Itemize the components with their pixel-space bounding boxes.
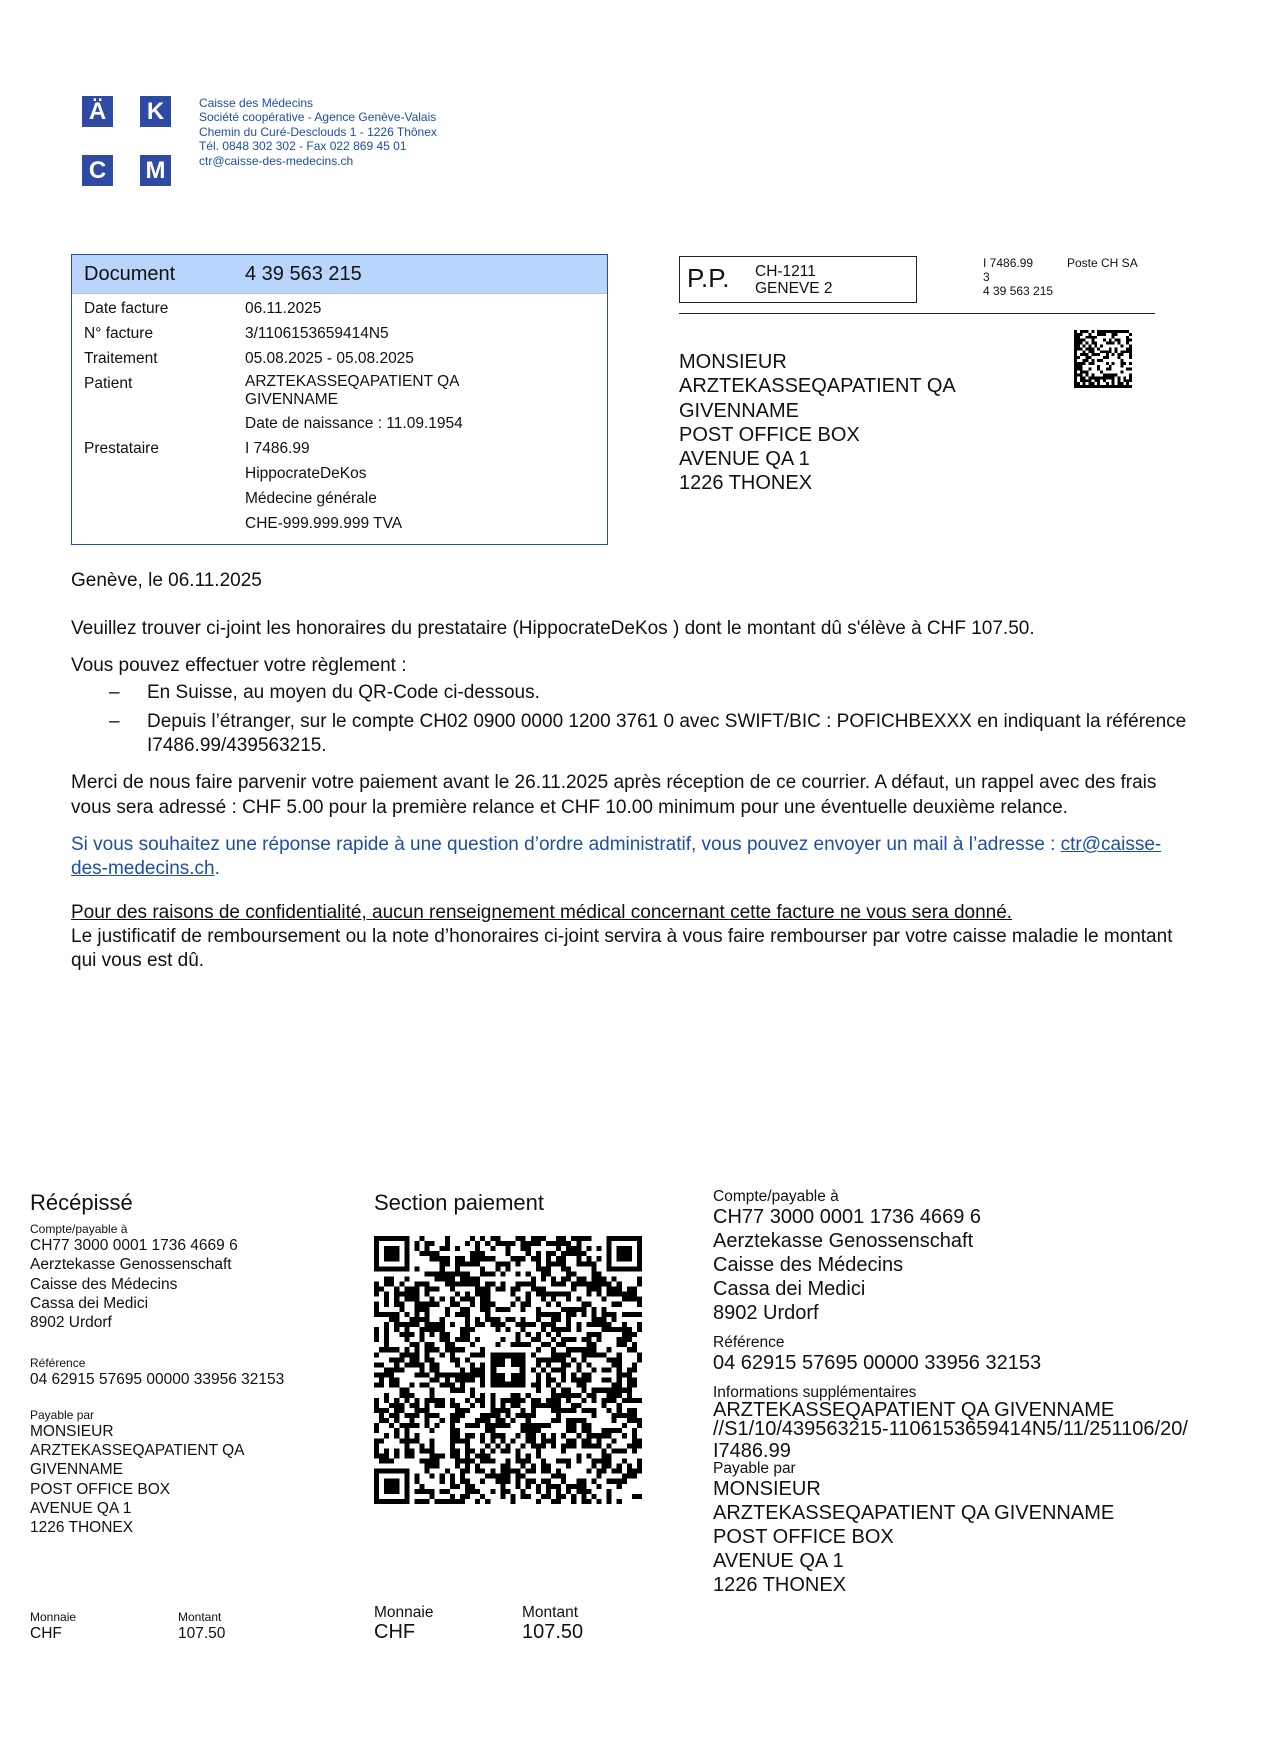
receipt-amount: Monnaie CHF Montant 107.50 (30, 1610, 225, 1643)
confidentiality-notice: Pour des raisons de confidentialité, auc… (71, 902, 1012, 923)
logo-tile: Ä (82, 96, 113, 127)
sender-email[interactable]: ctr@caisse-des-medecins.ch (199, 154, 437, 168)
payment-section: Section paiement (374, 1190, 674, 1216)
payment-debtor-line: AVENUE QA 1 (713, 1549, 1233, 1573)
field-value: 05.08.2025 - 05.08.2025 (245, 348, 607, 369)
row-date-facture: Date facture 06.11.2025 (72, 298, 607, 319)
payment-reference-label: Référence (713, 1335, 1233, 1351)
field-label: Date facture (72, 298, 245, 319)
franking-ref-line: 3 (983, 270, 1053, 284)
pp-city: CH-1211 GENEVE 2 (755, 263, 833, 297)
payment-creditor-line: 8902 Urdorf (713, 1301, 1233, 1325)
letter-body: Veuillez trouver ci-joint les honoraires… (71, 617, 1191, 986)
document-label: Document (72, 263, 245, 286)
recipient-line: AVENUE QA 1 (679, 447, 956, 471)
payment-reference: 04 62915 57695 00000 33956 32153 (713, 1351, 1233, 1375)
contact-paragraph: Si vous souhaitez une réponse rapide à u… (71, 833, 1191, 881)
dash-bullet-icon: – (109, 681, 120, 705)
franking-ref-line: I 7486.99 (983, 256, 1053, 270)
receipt-title: Récépissé (30, 1190, 350, 1216)
payment-title: Section paiement (374, 1190, 674, 1216)
document-header: Document 4 39 563 215 (72, 255, 607, 294)
receipt-payable-by-label: Payable par (30, 1408, 350, 1422)
patient-givenname: GIVENNAME (245, 391, 607, 409)
provider-specialty: Médecine générale (245, 488, 607, 509)
additional-info-line: //S1/10/439563215-1106153659414N5/11/251… (713, 1420, 1233, 1439)
recipient-line: POST OFFICE BOX (679, 423, 956, 447)
payment-amount-value: 107.50 (522, 1621, 583, 1643)
document-number: 4 39 563 215 (245, 263, 362, 286)
provider-name: HippocrateDeKos (245, 463, 607, 484)
sender-line: Caisse des Médecins (199, 96, 437, 110)
payment-intro: Vous pouvez effectuer votre règlement : (71, 654, 1191, 678)
field-value: ARZTEKASSEQAPATIENT QA GIVENNAME Date de… (245, 373, 607, 434)
receipt-creditor-line: Cassa dei Medici (30, 1294, 350, 1313)
document-info-box: Document 4 39 563 215 Date facture 06.11… (71, 254, 608, 545)
receipt-section: Récépissé Compte/payable à CH77 3000 000… (30, 1190, 350, 1538)
receipt-creditor-line: Aerztekasse Genossenschaft (30, 1255, 350, 1274)
receipt-debtor-line: GIVENNAME (30, 1460, 350, 1479)
payment-debtor-line: MONSIEUR (713, 1477, 1233, 1501)
receipt-debtor-line: AVENUE QA 1 (30, 1499, 350, 1518)
receipt-amount-value: 107.50 (178, 1624, 225, 1643)
payment-debtor-line: ARZTEKASSEQAPATIENT QA GIVENNAME (713, 1501, 1233, 1525)
sender-address: Caisse des Médecins Société coopérative … (199, 96, 437, 168)
pp-label: P.P. (687, 263, 729, 294)
receipt-creditor-line: Caisse des Médecins (30, 1275, 350, 1294)
reimbursement-paragraph: Le justificatif de remboursement ou la n… (71, 925, 1191, 973)
receipt-currency-label: Monnaie (30, 1610, 178, 1624)
additional-info-line: ARZTEKASSEQAPATIENT QA GIVENNAME (713, 1401, 1233, 1420)
pp-city-code: CH-1211 (755, 263, 833, 280)
recipient-line: 1226 THONEX (679, 471, 956, 495)
payment-option-text: Depuis l’étranger, sur le compte CH02 09… (147, 711, 1186, 756)
place-date: Genève, le 06.11.2025 (71, 570, 262, 592)
franking-divider (679, 313, 1155, 314)
payment-amount-label: Montant (522, 1604, 583, 1621)
row-patient: Patient ARZTEKASSEQAPATIENT QA GIVENNAME… (72, 373, 607, 434)
field-label: Patient (72, 373, 245, 434)
franking-reference: I 7486.99 3 4 39 563 215 (983, 256, 1053, 298)
sender-line: Chemin du Curé-Desclouds 1 - 1226 Thônex (199, 125, 437, 139)
intro-paragraph: Veuillez trouver ci-joint les honoraires… (71, 617, 1191, 641)
deadline-paragraph: Merci de nous faire parvenir votre paiem… (71, 770, 1191, 820)
receipt-debtor-line: 1226 THONEX (30, 1518, 350, 1537)
payment-creditor-line: Aerztekasse Genossenschaft (713, 1229, 1233, 1253)
payment-currency-label: Monnaie (374, 1604, 522, 1621)
payment-iban: CH77 3000 0001 1736 4669 6 (713, 1205, 1233, 1229)
row-no-facture: N° facture 3/1106153659414N5 (72, 323, 607, 344)
dash-bullet-icon: – (109, 710, 120, 734)
receipt-iban: CH77 3000 0001 1736 4669 6 (30, 1236, 350, 1255)
logo-tile: M (140, 155, 171, 186)
swiss-qr-code-icon (374, 1236, 642, 1504)
pp-city-name: GENEVE 2 (755, 280, 833, 297)
recipient-line: ARZTEKASSEQAPATIENT QA (679, 374, 956, 398)
field-value: 06.11.2025 (245, 298, 607, 319)
logo-tile: C (82, 155, 113, 186)
receipt-debtor-line: POST OFFICE BOX (30, 1480, 350, 1499)
field-label: N° facture (72, 323, 245, 344)
patient-name: ARZTEKASSEQAPATIENT QA (245, 373, 607, 391)
datamatrix-barcode-icon (1073, 330, 1133, 388)
payment-creditor-line: Cassa dei Medici (713, 1277, 1233, 1301)
receipt-creditor-line: 8902 Urdorf (30, 1313, 350, 1332)
provider-id: I 7486.99 (245, 438, 607, 459)
payment-option: – En Suisse, au moyen du QR-Code ci-dess… (71, 681, 1191, 705)
pp-franking-box: P.P. CH-1211 GENEVE 2 (679, 256, 917, 303)
franking-ref-line: 4 39 563 215 (983, 284, 1053, 298)
receipt-debtor-line: ARZTEKASSEQAPATIENT QA (30, 1441, 350, 1460)
payment-amount: Monnaie CHF Montant 107.50 (374, 1604, 583, 1643)
contact-text: Si vous souhaitez une réponse rapide à u… (71, 834, 1055, 855)
receipt-reference-label: Référence (30, 1356, 350, 1370)
payment-account-label: Compte/payable à (713, 1189, 1233, 1205)
payment-debtor-line: POST OFFICE BOX (713, 1525, 1233, 1549)
payment-currency: CHF (374, 1621, 522, 1643)
confidentiality-paragraph: Pour des raisons de confidentialité, auc… (71, 901, 1191, 925)
payment-debtor-line: 1226 THONEX (713, 1573, 1233, 1597)
receipt-debtor-line: MONSIEUR (30, 1422, 350, 1441)
provider-vat: CHE-999.999.999 TVA (245, 513, 607, 534)
payment-details: Compte/payable à CH77 3000 0001 1736 466… (713, 1189, 1233, 1597)
field-value: 3/1106153659414N5 (245, 323, 607, 344)
payment-payable-by-label: Payable par (713, 1461, 1233, 1477)
logo-tile: K (140, 96, 171, 127)
additional-info-line: I7486.99 (713, 1442, 1233, 1461)
recipient-address: MONSIEUR ARZTEKASSEQAPATIENT QA GIVENNAM… (679, 350, 956, 496)
row-prestataire: Prestataire I 7486.99 HippocrateDeKos Mé… (72, 438, 607, 534)
payment-option-text: En Suisse, au moyen du QR-Code ci-dessou… (147, 682, 540, 703)
receipt-reference: 04 62915 57695 00000 33956 32153 (30, 1370, 350, 1389)
recipient-line: GIVENNAME (679, 399, 956, 423)
field-label: Traitement (72, 348, 245, 369)
sender-line: Société coopérative - Agence Genève-Vala… (199, 110, 437, 124)
field-label: Prestataire (72, 438, 245, 534)
akcm-logo: Ä K C M (82, 96, 174, 190)
payment-options-list: – En Suisse, au moyen du QR-Code ci-dess… (71, 681, 1191, 758)
receipt-account-label: Compte/payable à (30, 1222, 350, 1236)
payment-option: – Depuis l’étranger, sur le compte CH02 … (71, 710, 1191, 758)
payment-creditor-line: Caisse des Médecins (713, 1253, 1233, 1277)
field-value: I 7486.99 HippocrateDeKos Médecine génér… (245, 438, 607, 534)
contact-suffix: . (215, 858, 220, 879)
recipient-line: MONSIEUR (679, 350, 956, 374)
patient-birthdate: Date de naissance : 11.09.1954 (245, 413, 607, 434)
post-operator: Poste CH SA (1067, 256, 1138, 270)
receipt-amount-label: Montant (178, 1610, 225, 1624)
receipt-currency: CHF (30, 1624, 178, 1643)
sender-line: Tél. 0848 302 302 - Fax 022 869 45 01 (199, 139, 437, 153)
row-traitement: Traitement 05.08.2025 - 05.08.2025 (72, 348, 607, 369)
